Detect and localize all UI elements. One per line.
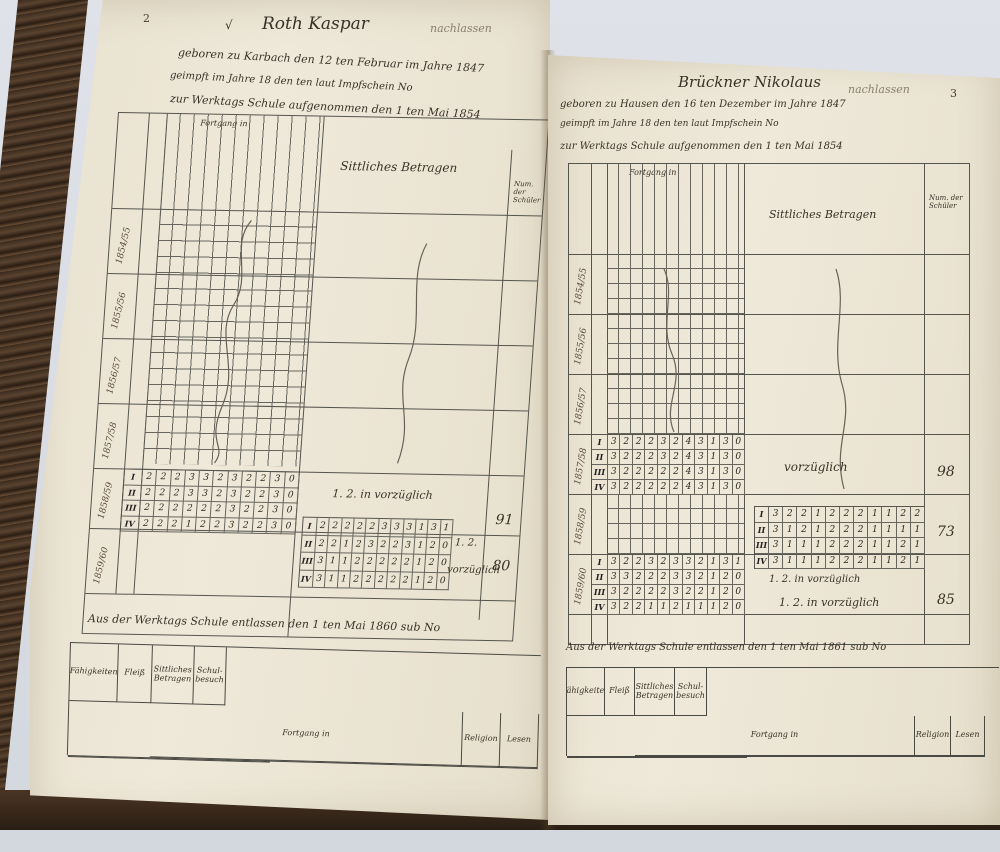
header-note: nachlassen xyxy=(848,83,910,96)
grades-table: Fortgang in Sittliches Betragen Num. der… xyxy=(82,112,550,641)
empty-mark-squiggle xyxy=(654,264,684,434)
number-header: Num. der Schüler xyxy=(513,180,541,204)
page-number: 2 xyxy=(143,12,150,25)
grades-grid-1859: I 32232332131 II 33222332120 III 3222232… xyxy=(591,554,745,615)
final-grades-table: Fähigkeiten Fleiß Fortgang in Sittliches… xyxy=(566,667,999,756)
student-number: 85 xyxy=(937,592,955,608)
final-value: II xyxy=(853,756,915,757)
year-label: 1858/59 xyxy=(573,507,589,546)
year-label: 1857/58 xyxy=(573,447,589,486)
page-number: 3 xyxy=(950,87,957,100)
number-header: Num. der Schüler xyxy=(929,194,963,210)
betragen-header: Sittliches Betragen xyxy=(340,159,458,175)
birth-line: geboren zu Karbach den 12 ten Februar im… xyxy=(178,46,485,75)
final-value: 1 xyxy=(192,759,224,761)
column-header-lines xyxy=(607,164,744,254)
remark-1859a: 1. 2. in vorzüglich xyxy=(769,574,860,585)
grades-grid-1858: I 22233232230 II 22233232230 III 2222223… xyxy=(120,468,300,534)
student-number: 80 xyxy=(492,558,511,574)
final-value: I xyxy=(821,756,853,757)
left-page: 2 √ Roth Kaspar nachlassen geboren zu Ka… xyxy=(30,0,550,820)
year-label: 1854/55 xyxy=(114,226,133,265)
final-value: 2 xyxy=(500,767,538,769)
admission-line: zur Werktags Schule aufgenommen den 1 te… xyxy=(560,141,843,152)
final-value: 2-3 xyxy=(270,761,316,763)
year-label: 1859/60 xyxy=(573,567,589,606)
vaccination-line: geimpft im Jahre 18 den ten laut Impfsch… xyxy=(560,119,779,129)
year-label: 1856/57 xyxy=(573,387,589,426)
student-number: 73 xyxy=(937,524,955,540)
remark-1857: vorzüglich xyxy=(784,460,848,474)
discharge-line: Aus der Werktags Schule entlassen den 1 … xyxy=(566,642,886,653)
year-label: 1855/56 xyxy=(573,327,589,366)
betragen-header: Sittliches Betragen xyxy=(769,208,876,221)
student-name: Roth Kaspar xyxy=(262,14,369,34)
empty-grid xyxy=(607,494,744,554)
final-value: III xyxy=(747,756,787,757)
final-value: 1-2 xyxy=(787,756,821,757)
student-number: 91 xyxy=(495,512,514,528)
grades-grid-1857: I 32223243130 II 32223243130 III 3222224… xyxy=(591,434,745,495)
final-value: II xyxy=(635,757,675,758)
birth-line: geboren zu Hausen den 16 ten Dezember im… xyxy=(560,99,846,110)
year-label: 1855/56 xyxy=(110,291,129,330)
year-label: 1859/60 xyxy=(92,546,111,585)
remark-1858: 1. 2. in vorzüglich xyxy=(332,487,433,502)
final-value: II xyxy=(951,756,985,757)
final-value: I xyxy=(567,757,605,758)
final-grades-table: Fähigkeiten Fleiß Fortgang in Sittliches… xyxy=(67,642,541,768)
final-value: I xyxy=(356,763,390,765)
year-label: 1854/55 xyxy=(573,267,589,306)
year-label: 1857/58 xyxy=(101,421,120,460)
vaccination-line: geimpft im Jahre 18 den ten laut Impfsch… xyxy=(170,70,413,94)
final-value: II xyxy=(915,756,951,757)
grades-grid-1858: I 32212221122 II 31212221111 III 3111222… xyxy=(754,506,925,569)
column-header-lines xyxy=(160,114,323,212)
final-value: 1 xyxy=(224,760,270,762)
year-label: 1856/57 xyxy=(105,356,124,395)
check-mark: √ xyxy=(225,18,233,32)
final-value: 2-1 xyxy=(316,762,356,764)
final-value: 2 xyxy=(68,756,116,758)
right-page: 3 Brückner Nikolaus nachlassen geboren z… xyxy=(548,55,1000,825)
student-number: 98 xyxy=(937,464,955,480)
final-value: I xyxy=(605,757,635,758)
final-value: I xyxy=(675,757,707,758)
grades-grid-1859: I 22222333131 II 22123223120 III 3112222… xyxy=(298,517,454,591)
final-value: 1-2 xyxy=(707,757,747,758)
final-value: 1 xyxy=(116,757,150,759)
empty-mark-squiggle xyxy=(389,238,435,468)
final-value: 2 schlecht xyxy=(150,758,192,760)
year-label: 1858/59 xyxy=(97,481,116,520)
student-name: Brückner Nikolaus xyxy=(678,73,821,91)
grades-table: Fortgang in Sittliches Betragen Num. der… xyxy=(568,163,970,645)
header-note: nachlassen xyxy=(430,22,492,35)
remark-1859a: 1. 2. xyxy=(455,537,478,548)
remark-1859b: 1. 2. in vorzüglich xyxy=(779,596,879,609)
final-value: 2-3 xyxy=(462,766,500,768)
